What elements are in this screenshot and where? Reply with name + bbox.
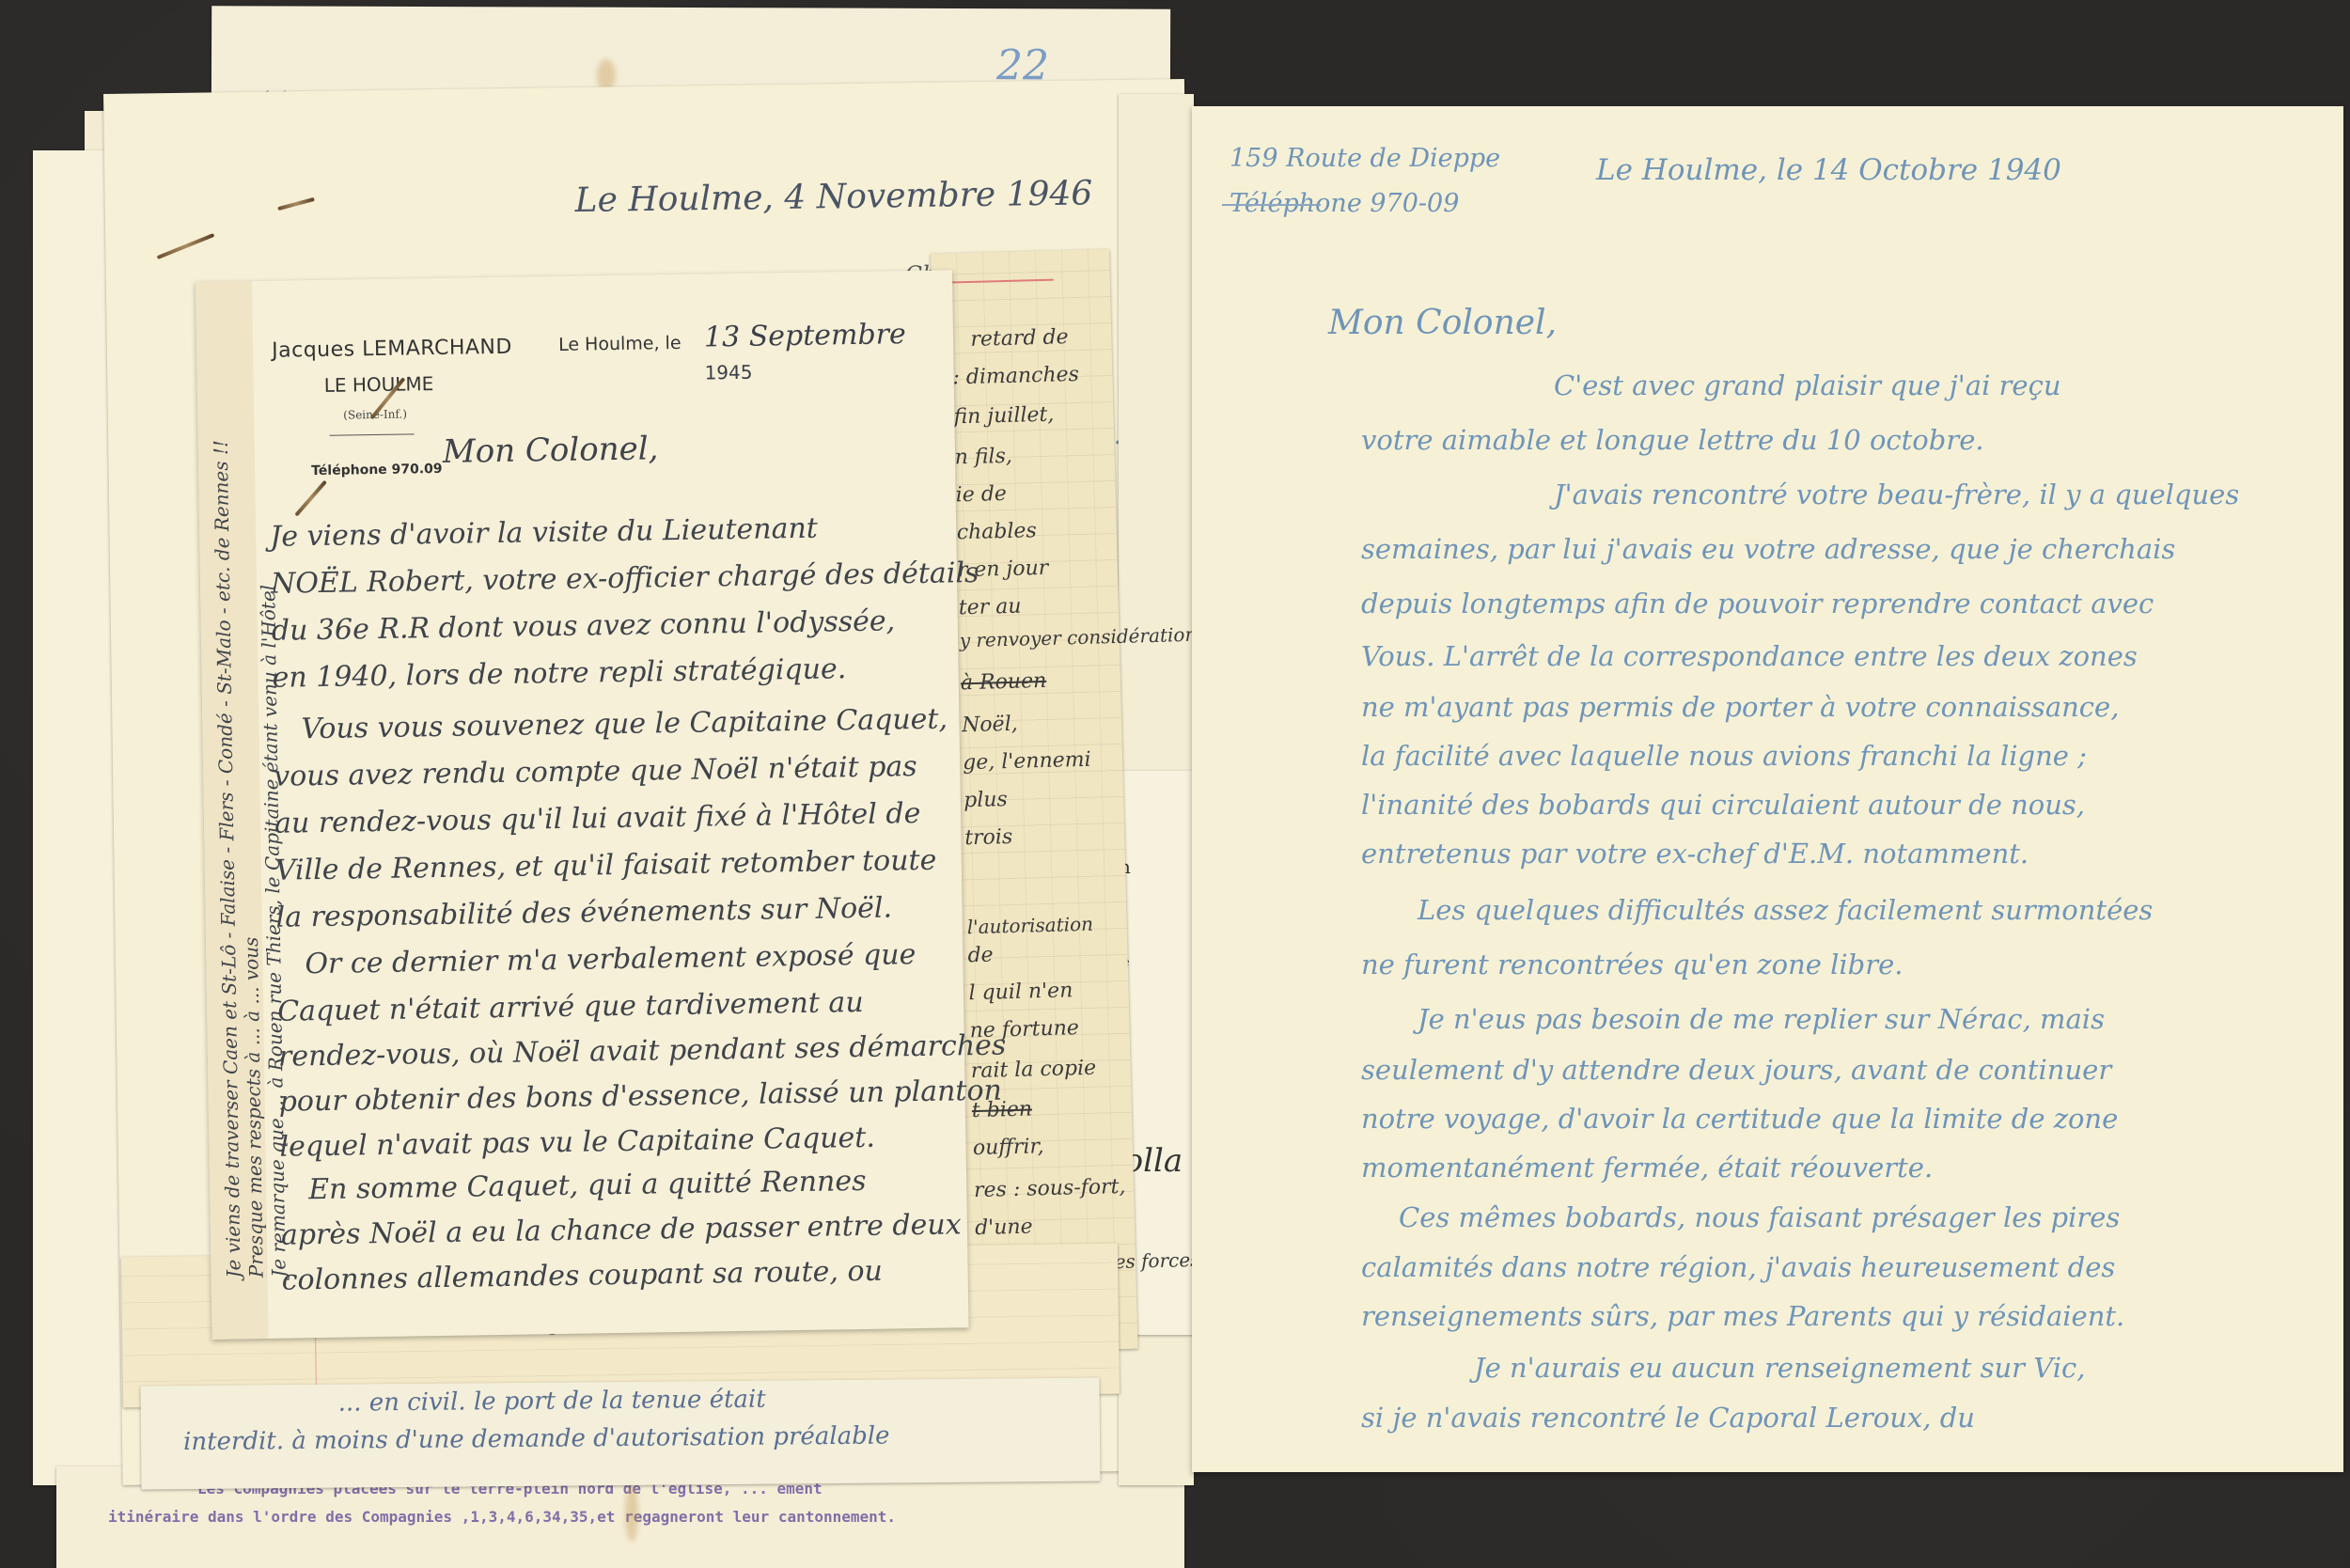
- letter-line: au rendez-vous qu'il lui avait fixé à l'…: [274, 797, 921, 840]
- lined-fragment: d'une: [975, 1215, 1033, 1241]
- letter-line: Ces mêmes bobards, nous faisant présager…: [1399, 1201, 2120, 1233]
- lined-fragment: ter au: [959, 595, 1022, 620]
- date-handwritten: 13 Septembre: [704, 318, 906, 353]
- lined-fragment: de: [967, 944, 994, 968]
- letter-line: Ville de Rennes, et qu'il faisait retomb…: [275, 844, 937, 887]
- letter-line: semaines, par lui j'avais eu votre adres…: [1361, 533, 2175, 565]
- lined-fragment: trois: [964, 825, 1013, 850]
- letterhead-place: Le Houlme, le: [558, 333, 681, 355]
- letter-date: 13 Septembre 1945: [704, 317, 954, 386]
- letter-line: Je n'eus pas besoin de me replier sur Né…: [1418, 1003, 2105, 1035]
- letter-line: ne furent rencontrées qu'en zone libre.: [1361, 949, 1903, 980]
- letter-line: ne m'ayant pas permis de porter à votre …: [1361, 691, 2119, 723]
- place-date: Le Houlme, le 14 Octobre 1940: [1596, 153, 2061, 187]
- salutation: Mon Colonel,: [1328, 304, 1557, 342]
- letter-line: en 1940, lors de notre repli stratégique…: [272, 652, 846, 695]
- red-margin-line: [950, 279, 1054, 284]
- letter-line: vous avez rendu compte que Noël n'était …: [274, 750, 917, 793]
- letter-line: votre aimable et longue lettre du 10 oct…: [1361, 424, 1984, 456]
- lined-fragment: l quil n'en: [968, 979, 1073, 1005]
- letter-line: si je n'avais rencontré le Caporal Lerou…: [1361, 1402, 1975, 1434]
- lined-fragment: fin juillet,: [953, 403, 1054, 430]
- letter-line: calamités dans notre région, j'avais heu…: [1361, 1251, 2115, 1283]
- sender-address: 159 Route de Dieppe: [1230, 144, 1500, 173]
- letter-line: C'est avec grand plaisir que j'ai reçu: [1554, 369, 2061, 401]
- letter-line: momentanément fermée, était réouverte.: [1361, 1152, 1933, 1184]
- lined-fragment: : dimanches: [952, 363, 1079, 390]
- letter-line: seulement d'y attendre deux jours, avant…: [1361, 1054, 2111, 1086]
- letterhead-name: Jacques LEMARCHAND: [272, 336, 512, 363]
- lined-fragment: Noël,: [962, 713, 1018, 738]
- lined-fragment: n fils,: [954, 445, 1012, 470]
- lower-line-2: ... en civil. le port de la tenue était: [338, 1386, 766, 1418]
- lined-fragment: plus: [963, 788, 1008, 812]
- letter-line: l'inanité des bobards qui circulaient au…: [1361, 789, 2085, 821]
- letter-line: du 36e R.R dont vous avez connu l'odyssé…: [272, 604, 896, 647]
- lined-fragment: ge, l'ennemi: [963, 748, 1091, 776]
- letter-line: depuis longtemps afin de pouvoir reprend…: [1361, 588, 2154, 619]
- letter-line: Or ce dernier m'a verbalement exposé que: [305, 938, 916, 980]
- letter-line: la responsabilité des événements sur Noë…: [275, 891, 892, 933]
- letter-line: Caquet n'était arrivé que tardivement au: [277, 986, 864, 1028]
- lined-fragment: l'autorisation: [966, 913, 1093, 939]
- salutation: Mon Colonel,: [443, 430, 659, 471]
- letter-line: Je viens d'avoir la visite du Lieutenant: [270, 512, 818, 554]
- letter-line: après Noël a eu la chance de passer entr…: [281, 1208, 962, 1251]
- date-year: 1945: [704, 361, 752, 384]
- letter-line: J'avais rencontré votre beau-frère, il y…: [1554, 478, 2239, 510]
- letter-line: lequel n'avait pas vu le Capitaine Caque…: [279, 1121, 875, 1164]
- letter-line: Vous vous souvenez que le Capitaine Caqu…: [301, 702, 948, 745]
- lined-fragment: retard de: [970, 325, 1069, 352]
- stain: [625, 1485, 638, 1542]
- lemarchand-letter-1945: Je viens de traverser Caen et St-Lô - Fa…: [196, 270, 969, 1340]
- lined-fragment: ie de: [955, 482, 1007, 507]
- letterhead-telephone: Téléphone 970.09: [311, 462, 443, 478]
- letter-line: Vous. L'arrêt de la correspondance entre…: [1361, 640, 2138, 672]
- lined-fragment: chables: [956, 519, 1037, 544]
- letter-line: Les quelques difficultés assez facilemen…: [1418, 894, 2153, 926]
- letterhead-town: LE HOULME: [324, 372, 434, 397]
- blue-ink-lower-sheet: ... en civil. le port de la tenue était …: [141, 1378, 1101, 1490]
- letter-line: NOËL Robert, votre ex-officier chargé de…: [271, 557, 979, 601]
- letter-line: entretenus par votre ex-chef d'E.M. nota…: [1361, 838, 2029, 870]
- letter-line: notre voyage, d'avoir la certitude que l…: [1361, 1103, 2118, 1135]
- letter-line: Je n'aurais eu aucun renseignement sur V…: [1474, 1352, 2085, 1384]
- lined-fragment: à Rouen: [961, 669, 1047, 695]
- letter-line: renseignements sûrs, par mes Parents qui…: [1361, 1300, 2124, 1332]
- lined-fragment: ouffrir,: [973, 1135, 1044, 1160]
- lined-fragment: res : sous-fort,: [974, 1175, 1126, 1202]
- telephone-underline: [1222, 204, 1321, 206]
- letter-line: la facilité avec laquelle nous avions fr…: [1361, 740, 2087, 772]
- letterhead-rule: [330, 433, 415, 435]
- letter-line: En somme Caquet, qui a quitté Rennes: [308, 1165, 867, 1206]
- rusty-pin: [294, 480, 327, 517]
- november-letter-date: Le Houlme, 4 Novembre 1946: [574, 174, 1092, 220]
- letter-october-1940: 159 Route de Dieppe Téléphone 970-09 Le …: [1192, 106, 2343, 1472]
- lower-line-3: interdit. à moins d'une demande d'autori…: [183, 1422, 890, 1457]
- letter-line: pour obtenir des bons d'essence, laissé …: [278, 1074, 1002, 1119]
- letter-line: rendez-vous, où Noël avait pendant ses d…: [278, 1029, 1007, 1074]
- letter-line: colonnes allemandes coupant sa route, ou: [281, 1255, 883, 1297]
- typed-line-2: itinéraire dans l'ordre des Compagnies ,…: [108, 1508, 896, 1526]
